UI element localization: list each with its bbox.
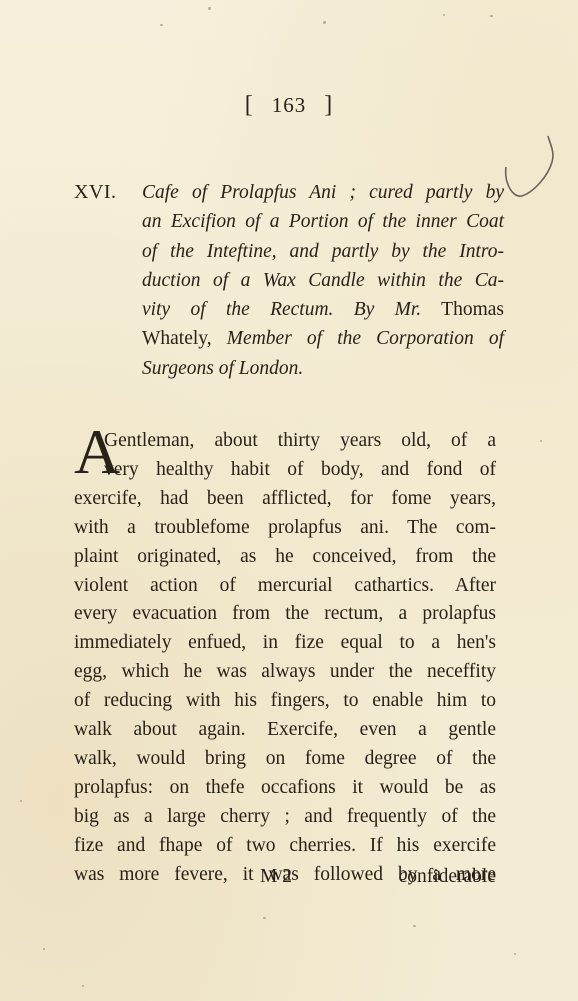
paper-speck: [323, 21, 326, 24]
body-line: prolapfus: on thefe occafions it would b…: [74, 774, 496, 803]
paper-speck: [443, 14, 445, 16]
page-footer: M 2 confiderable: [74, 866, 496, 896]
pencil-checkmark-icon: [500, 132, 560, 202]
paper-speck: [208, 7, 211, 10]
page-number: [163]: [0, 92, 578, 119]
body-line: of reducing with his fingers, to enable …: [74, 687, 496, 716]
body-line: immediately enfued, in fize equal to a h…: [74, 629, 496, 658]
body-line: walk, would bring on fome degree of the: [74, 745, 496, 774]
body-line: every evacuation from the rectum, a prol…: [74, 600, 496, 629]
left-bracket: [: [245, 92, 254, 119]
body-line: plaint originated, as he conceived, from…: [74, 543, 496, 572]
heading-line: duction of a Wax Candle within the Ca-: [142, 266, 504, 295]
heading-line: an Excifion of a Portion of the inner Co…: [142, 207, 504, 236]
body-line: very healthy habit of body, and fond of: [104, 456, 496, 485]
heading-line: vity of the Rectum. By Mr. Thomas: [142, 295, 504, 324]
catchword: confiderable: [399, 866, 496, 888]
paper-speck: [82, 985, 84, 987]
body-line: Gentleman, about thirty years old, of a: [104, 427, 496, 456]
paper-speck: [514, 953, 516, 955]
signature-mark: M 2: [260, 866, 292, 888]
body-line: exercife, had been afflicted, for fome y…: [74, 485, 496, 514]
paper-speck: [43, 948, 45, 950]
body-line: big as a large cherry ; and frequently o…: [74, 803, 496, 832]
heading-line: Surgeons of London.: [142, 354, 504, 383]
author-last-name: Whately,: [142, 328, 212, 349]
body-paragraph: Gentleman, about thirty years old, of a …: [74, 427, 496, 890]
body-line: with a troublefome prolapfus ani. The co…: [74, 514, 496, 543]
author-first-name: Thomas: [421, 299, 504, 320]
heading-line: Cafe of Prolapfus Ani ; cured partly by: [142, 178, 504, 207]
heading-line-italic: vity of the Rectum. By Mr.: [142, 299, 421, 320]
paper-speck: [490, 15, 493, 17]
heading-line: Whately, Member of the Corporation of: [142, 324, 504, 353]
paper-speck: [263, 917, 266, 919]
heading-line-italic: Member of the Corporation of: [212, 328, 504, 349]
body-line: walk about again. Exercife, even a gentl…: [74, 716, 496, 745]
paper-speck: [413, 925, 416, 927]
paper-speck: [20, 800, 22, 802]
section-heading: XVI. Cafe of Prolapfus Ani ; cured partl…: [74, 178, 504, 383]
right-bracket: ]: [324, 92, 333, 119]
section-numeral: XVI.: [74, 178, 117, 207]
body-line: violent action of mercurial cathartics. …: [74, 572, 496, 601]
heading-line: of the Inteftine, and partly by the Intr…: [142, 237, 504, 266]
body-line: egg, which he was always under the necef…: [74, 658, 496, 687]
body-line: fize and fhape of two cherries. If his e…: [74, 832, 496, 861]
paper-speck: [160, 24, 163, 26]
paper-speck: [540, 440, 542, 442]
page-number-value: 163: [272, 93, 307, 117]
